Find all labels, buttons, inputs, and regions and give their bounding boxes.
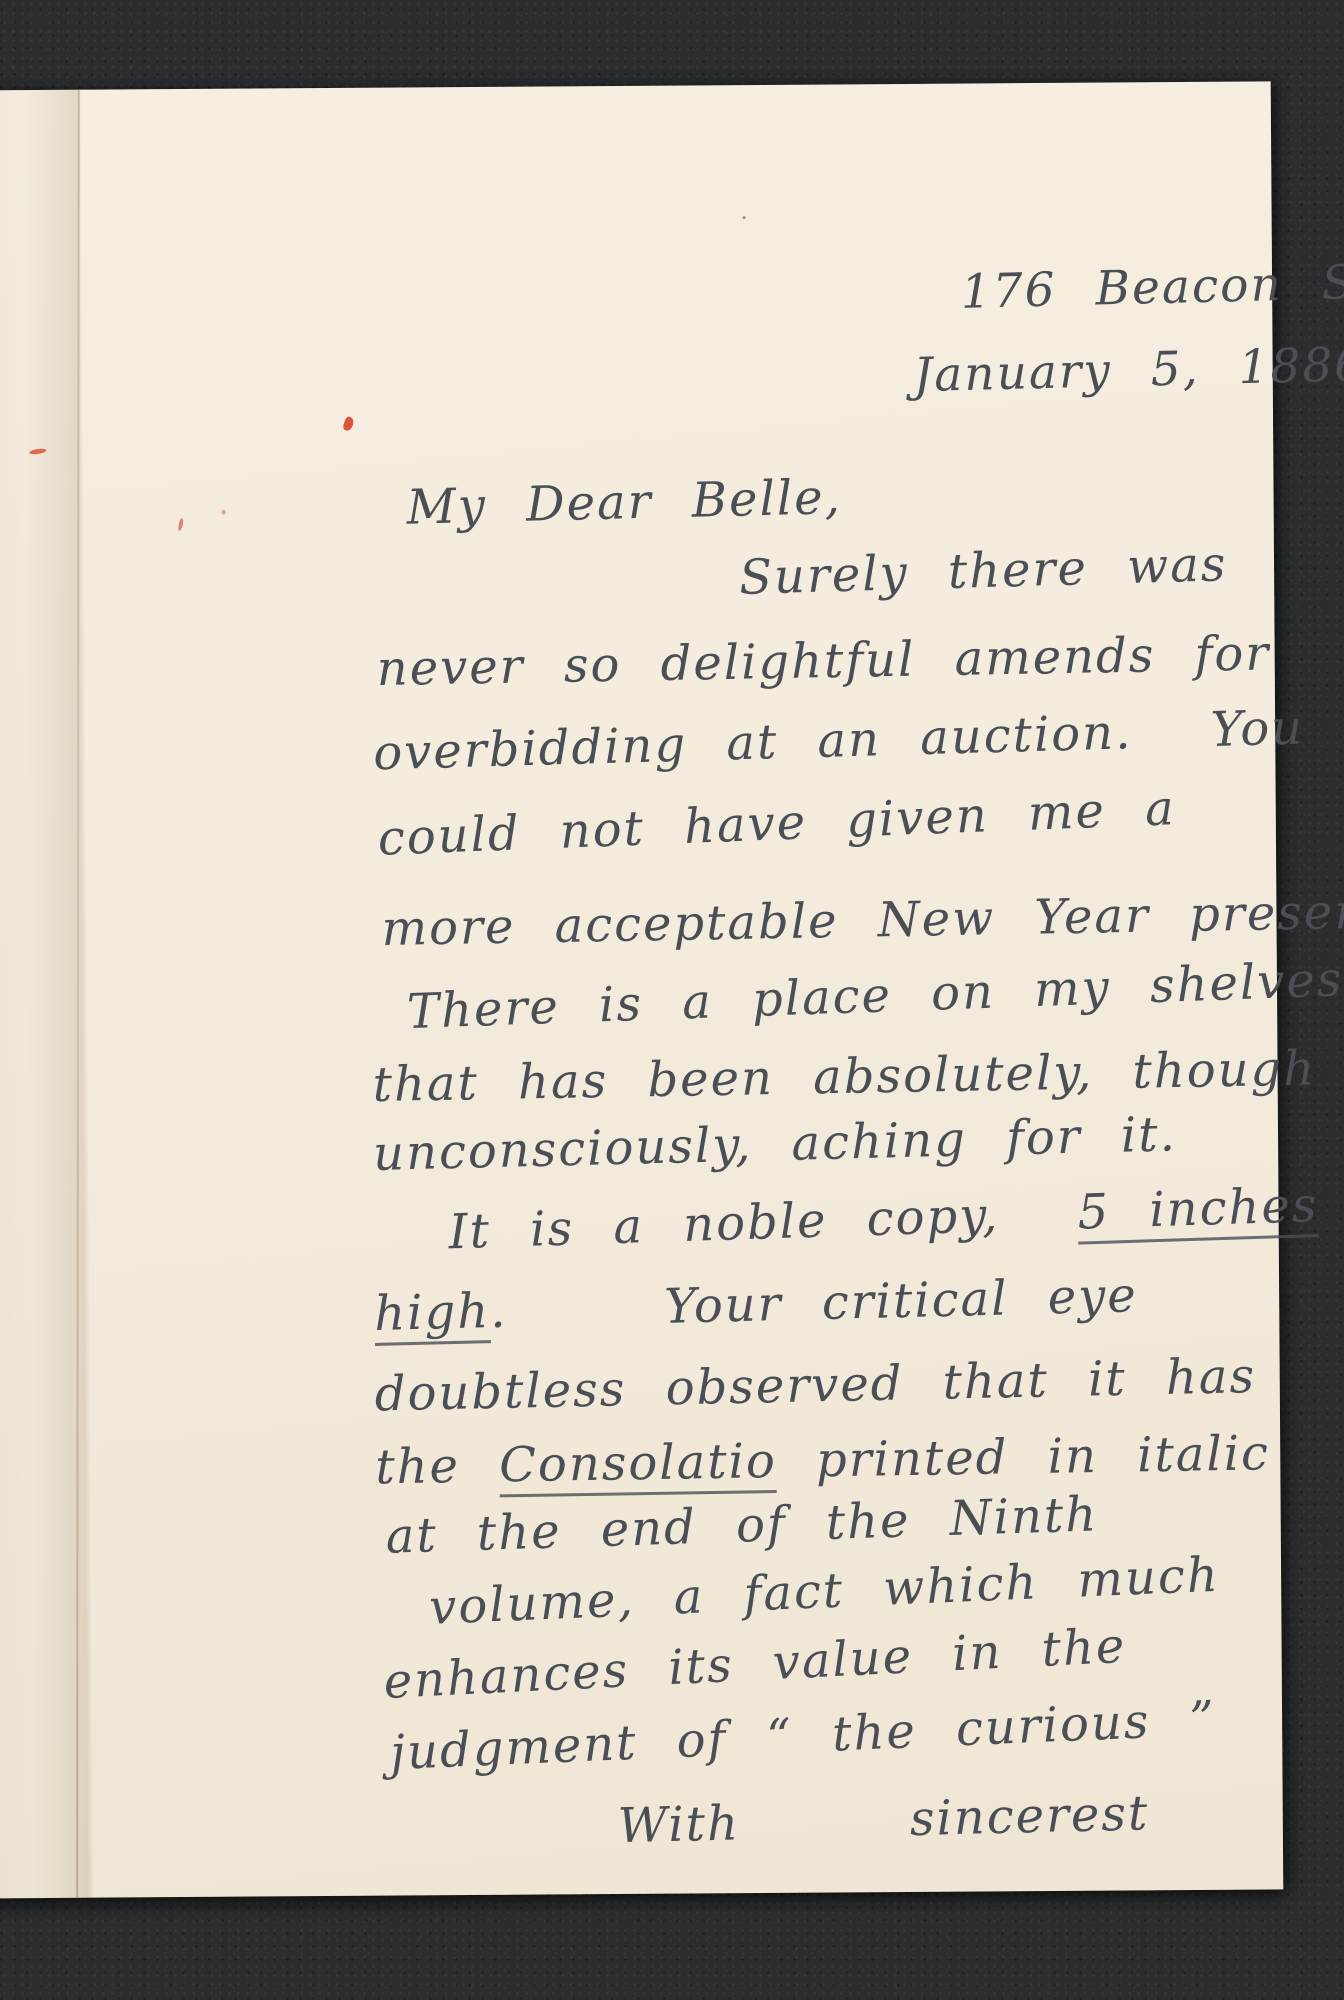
letter-date: January 5, 1886. xyxy=(756,287,1344,457)
letter-closing-line: Withsincerest xyxy=(459,1734,1151,1909)
red-ink-fleck xyxy=(222,510,226,515)
letter-page: 176 Beacon St. January 5, 1886. My Dear … xyxy=(0,81,1283,1898)
handwriting-text: January 5, 1886. xyxy=(913,336,1344,402)
photo-of-letter: { "colors": { "background": "#2b2d2f", "… xyxy=(0,0,1344,2000)
paper-speck xyxy=(743,216,746,219)
handwriting-text: With xyxy=(617,1795,740,1854)
red-ink-fleck xyxy=(177,518,184,532)
handwriting-text: sincerest xyxy=(909,1785,1150,1847)
